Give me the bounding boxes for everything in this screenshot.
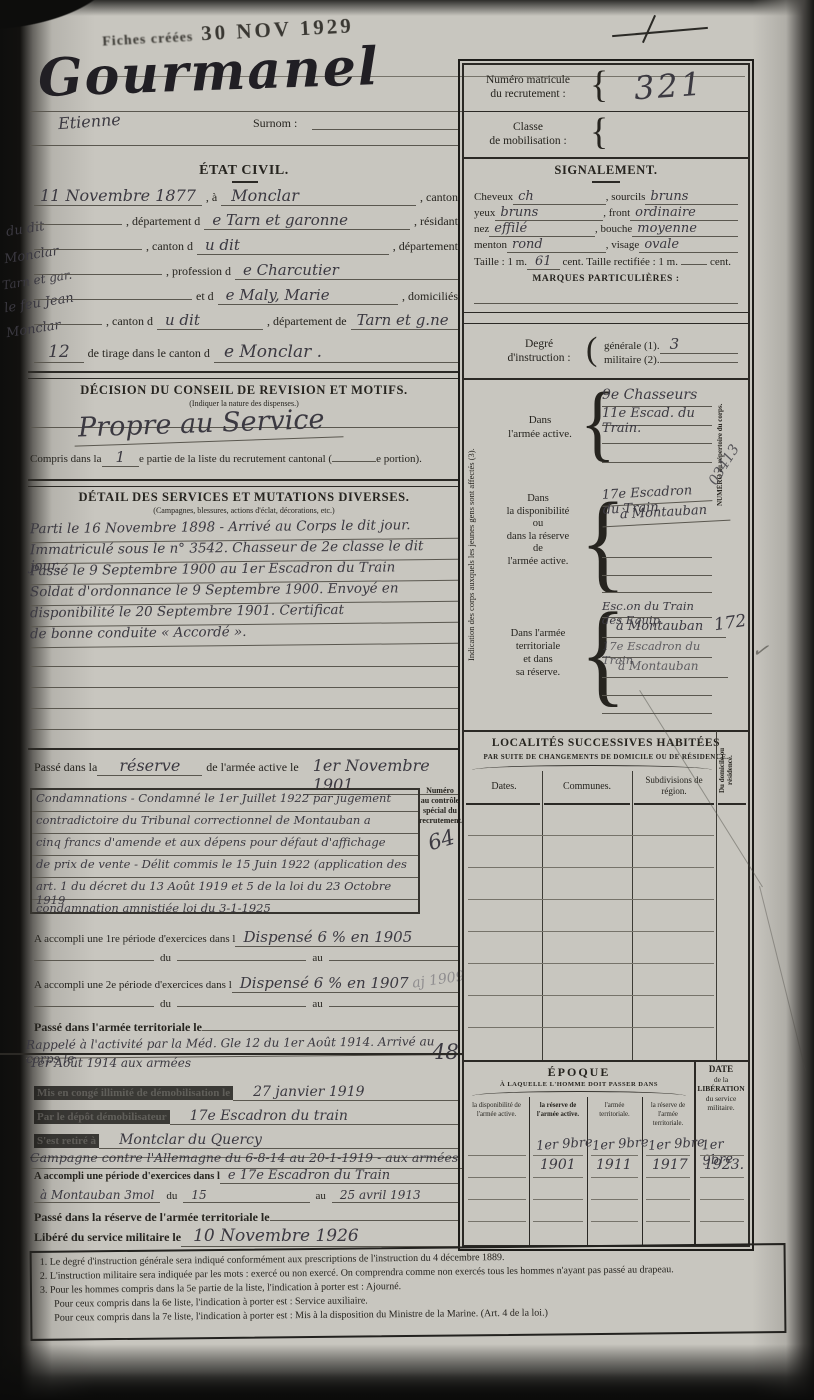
ruled-line <box>474 303 738 304</box>
active-corps-line: 11e Escad. du Train. <box>602 406 712 426</box>
etat-civil-title: ÉTAT CIVIL. <box>30 163 458 179</box>
label: Passé dans la réserve de l'armée territo… <box>34 1210 270 1225</box>
epoque-col4-header: la réserve de l'armée territoriale. <box>644 1101 692 1128</box>
table-row-line <box>468 1027 714 1028</box>
label: , département <box>389 239 458 254</box>
periode1-dates-row: du au <box>34 952 458 972</box>
epoque-col3-header: l'armée territoriale. <box>589 1101 640 1119</box>
yeux-value: bruns <box>495 205 603 221</box>
active-corps-line: 9e Chasseurs <box>602 387 712 407</box>
condamnation-line: art. 1 du décret du 13 Août 1919 et 5 de… <box>32 878 418 900</box>
table-vline <box>632 771 633 1060</box>
brace-rule <box>472 765 712 770</box>
label: , canton <box>416 190 458 205</box>
label: , département de <box>263 314 351 329</box>
ruled-line <box>602 443 712 444</box>
family-name: Gourmanel <box>37 36 381 109</box>
department: e Tarn et garonne <box>204 211 410 230</box>
brace: { <box>590 63 608 107</box>
margin-number-48: 48 <box>432 1040 459 1064</box>
condamnation-line: condamnation amnistiée loi du 3-1-1925 <box>32 900 418 919</box>
terr-corps-line: Esc.on du Train des Equip. <box>602 599 712 618</box>
localites-side-label: Du domicile ou résidence. <box>718 737 744 803</box>
table-vline <box>642 1097 643 1245</box>
label: et dans <box>494 653 582 666</box>
epoque-row-line <box>468 1199 526 1200</box>
label: du <box>160 1190 183 1202</box>
decision-title: DÉCISION DU CONSEIL DE REVISION ET MOTIF… <box>30 383 458 398</box>
epoque-date-header: DATE de la LIBÉRATION du service militai… <box>694 1065 748 1113</box>
marques-label: MARQUES PARTICULIÈRES : <box>464 274 748 284</box>
label: dans la réserve <box>494 531 582 544</box>
table-vline <box>716 731 717 1060</box>
condamnation-line: Condamnations - Condamné le 1er Juillet … <box>32 790 418 812</box>
label: militaire. <box>694 1103 748 1113</box>
heavy-rule <box>0 1053 462 1055</box>
epoque-row-line <box>533 1177 583 1178</box>
page-bottom-shadow <box>0 1344 814 1400</box>
label: au <box>306 998 328 1010</box>
retire-label-stamped: S'est retiré à <box>34 1134 99 1148</box>
pencil-checkmark: ✓ <box>750 637 770 663</box>
table-row-line <box>468 963 714 964</box>
epoque-row-line <box>646 1199 690 1200</box>
brace-rule <box>472 1091 686 1096</box>
periode-lieu: à Montauban 3mol <box>34 1188 160 1203</box>
terr-corps-number: 172 <box>713 611 748 635</box>
canton: u dit <box>157 311 263 330</box>
signalement-title: SIGNALEMENT. <box>464 163 748 178</box>
date-du: 15 <box>183 1188 309 1203</box>
depot-label-stamped: Par le dépôt démobilisateur <box>34 1110 170 1124</box>
label: LIBÉRATION <box>694 1084 748 1094</box>
label: du <box>154 952 177 964</box>
label: Passé dans la <box>34 760 97 775</box>
blank-line <box>34 224 122 225</box>
disponibilite-label: Dans la disponibilité ou dans la réserve… <box>494 493 582 568</box>
label: cent. <box>707 256 731 268</box>
label: la disponibilité <box>494 506 582 519</box>
blank-line <box>270 1220 458 1221</box>
label: , bouche <box>595 223 632 235</box>
footnotes-box: 1. Le degré d'instruction générale sera … <box>30 1243 787 1341</box>
etat-civil-row: , canton d u dit , département <box>34 236 458 260</box>
armee-active-label: Dans l'armée active. <box>498 413 582 441</box>
blank-line <box>34 324 102 325</box>
label: spécial du <box>419 806 461 816</box>
degre-generale-row: générale (1). 3 <box>604 335 738 351</box>
depot-value: 17e Escadron du train <box>170 1108 458 1125</box>
periode1-value: Dispensé 6 % en 1905 <box>235 928 458 947</box>
epoque-row-line <box>591 1199 638 1200</box>
label: générale (1). <box>604 340 660 352</box>
label: de tirage dans le canton d <box>84 346 214 361</box>
epoque-year: 1917 <box>652 1157 688 1173</box>
birth-place: Monclar <box>221 186 416 206</box>
label: sa réserve. <box>494 666 582 679</box>
ruled-line <box>30 687 458 688</box>
table-row-line <box>468 835 714 836</box>
label: Libéré du service militaire le <box>34 1230 181 1245</box>
localites-col-dates: Dates. <box>466 781 542 792</box>
label: ou <box>494 518 582 531</box>
table-row-line <box>468 995 714 996</box>
label: au <box>310 1190 332 1202</box>
blank-line <box>34 249 142 250</box>
depot-row: Par le dépôt démobilisateur 17e Escadron… <box>34 1108 458 1132</box>
label: , domiciliés <box>398 289 458 304</box>
label: Numéro <box>419 786 461 796</box>
label: , profession d <box>162 264 235 279</box>
label: DATE <box>694 1065 748 1075</box>
blank-line <box>202 1030 458 1031</box>
ruled-line <box>30 145 458 146</box>
department: Tarn et g.ne <box>351 311 458 330</box>
classe-label: Classe de mobilisation : <box>470 120 586 148</box>
epoque-row-line <box>591 1221 638 1222</box>
brace: ( <box>586 331 597 369</box>
label: au <box>306 952 328 964</box>
section-divider <box>464 312 748 316</box>
epoque-row-line <box>591 1155 638 1156</box>
periode1-row: A accompli une 1re période d'exercices d… <box>34 928 458 952</box>
label: , canton d <box>102 314 157 329</box>
passe-reserve-row: Passé dans la réserve de l'armée active … <box>34 756 458 780</box>
ruled-line <box>602 575 712 576</box>
ruled-line <box>30 729 458 730</box>
demob-date: 27 janvier 1919 <box>233 1084 458 1101</box>
label: Dans <box>498 413 582 427</box>
periode-exercices-row: A accompli une période d'exercices dans … <box>34 1168 458 1188</box>
label: Passé dans l'armée territoriale le <box>34 1020 202 1035</box>
nez-value: effilé <box>489 221 595 237</box>
sourcils-value: bruns <box>645 189 738 205</box>
epoque-title: ÉPOQUE <box>464 1065 694 1080</box>
table-row-line <box>468 899 714 900</box>
epoque-row-line <box>700 1177 744 1178</box>
tirage-row: 12 de tirage dans le canton d e Monclar … <box>34 342 458 368</box>
section-divider <box>464 323 748 327</box>
epoque-row-line <box>468 1177 526 1178</box>
blank-line <box>34 960 154 961</box>
label: , canton d <box>142 239 197 254</box>
matricule-row: Numéro matricule du recrutement : { 321 <box>464 65 748 112</box>
etat-civil-row: , département d e Tarn et garonne , rési… <box>34 211 458 235</box>
ruled-line <box>602 695 712 696</box>
section-divider <box>28 479 458 487</box>
signalement-row: Cheveux ch , sourcils bruns <box>474 189 738 205</box>
liberation-date: 10 Novembre 1926 <box>181 1226 458 1247</box>
blank-line <box>681 264 707 265</box>
title-rule <box>232 181 258 183</box>
blank-line <box>329 1006 458 1007</box>
etat-civil-row: , canton d u dit , département de Tarn e… <box>34 311 458 335</box>
epoque-col2-header: la réserve de l'armée active. <box>531 1101 585 1119</box>
label: e portion). <box>376 453 422 465</box>
taille-value: 61 <box>527 254 560 270</box>
ruled-line <box>602 557 712 558</box>
epoque-row-line <box>646 1221 690 1222</box>
canton: u dit <box>197 236 389 255</box>
table-vline <box>587 1097 588 1245</box>
cheveux-value: ch <box>513 189 606 205</box>
matricule-value: 321 <box>633 65 706 108</box>
label: yeux <box>474 207 495 219</box>
label: Dans l'armée <box>494 627 582 640</box>
epoque-row-line <box>646 1155 690 1156</box>
label: l'armée active. <box>494 556 582 569</box>
ruled-line <box>312 129 458 130</box>
degre-generale-value: 3 <box>660 335 738 354</box>
table-row-line <box>468 867 714 868</box>
label: de l'armée active le <box>202 760 302 775</box>
etat-civil-row: et d e Maly, Marie , domiciliés <box>34 286 458 310</box>
date-au: 25 avril 1913 <box>332 1188 458 1203</box>
localites-title: LOCALITÉS SUCCESSIVES HABITÉES <box>464 737 748 749</box>
epoque-row-line <box>468 1221 526 1222</box>
label: du recrutement : <box>470 87 586 101</box>
degre-label: Degré d'instruction : <box>494 337 584 365</box>
label: recrutement. <box>419 816 461 826</box>
blank-line <box>329 960 458 961</box>
right-column-frame: Numéro matricule du recrutement : { 321 … <box>462 63 750 1247</box>
reserve-value: réserve <box>97 756 202 776</box>
birth-date: 11 Novembre 1877 <box>34 186 202 206</box>
ruled-line <box>30 666 458 667</box>
condamnation-box: Condamnations - Condamné le 1er Juillet … <box>30 788 420 914</box>
ruled-line <box>602 462 712 463</box>
menton-value: rond <box>507 237 606 253</box>
blank-line <box>332 461 376 462</box>
label: A accompli une période d'exercices dans … <box>34 1171 220 1182</box>
etat-civil-row: 11 Novembre 1877 , à Monclar , canton <box>34 186 458 210</box>
blank-line <box>34 299 192 300</box>
signalement-row: menton rond , visage ovale <box>474 237 738 253</box>
epoque-top-rule <box>464 1060 748 1062</box>
label: Compris dans la <box>30 453 102 465</box>
header-heavy-rule <box>466 803 540 805</box>
tirage-number: 12 <box>34 342 84 363</box>
blank-line <box>34 274 162 275</box>
label: A accompli une 2e période d'exercices da… <box>34 979 232 991</box>
blank-line <box>177 960 306 961</box>
matricule-label: Numéro matricule du recrutement : <box>470 73 586 101</box>
label: cent. Taille rectifiée : 1 m. <box>560 256 681 268</box>
label: , front <box>603 207 630 219</box>
epoque-row-line <box>646 1177 690 1178</box>
epoque-row-line <box>533 1199 583 1200</box>
compris-row: Compris dans la 1 e partie de la liste d… <box>30 448 458 470</box>
surname-label: Surnom : <box>253 116 297 131</box>
periode2-row: A accompli une 2e période d'exercices da… <box>34 974 458 998</box>
label: de mobilisation : <box>470 134 586 148</box>
label: menton <box>474 239 507 251</box>
section-divider <box>28 371 458 379</box>
label: , visage <box>606 239 640 251</box>
header-heavy-rule <box>718 803 746 805</box>
label: de <box>494 543 582 556</box>
label: Dans <box>494 493 582 506</box>
terr-corps-line: à Montauban <box>602 619 726 638</box>
blank-line <box>34 1006 154 1007</box>
localites-subtitle: PAR SUITE DE CHANGEMENTS DE DOMICILE OU … <box>464 753 748 761</box>
periode-exercices-dates: à Montauban 3mol du 15 au 25 avril 1913 <box>34 1188 458 1208</box>
classe-row: Classe de mobilisation : { <box>464 112 748 159</box>
demob-label-stamped: Mis en congé illimité de démobilisation … <box>34 1086 233 1100</box>
label: , résidant <box>410 214 458 229</box>
epoque-row-line <box>700 1199 744 1200</box>
title-rule <box>592 181 620 183</box>
label: de la <box>694 1075 748 1085</box>
label: A accompli une 1re période d'exercices d… <box>34 933 235 945</box>
label: Numéro matricule <box>470 73 586 87</box>
table-row-line <box>468 931 714 932</box>
epoque-row-line <box>591 1177 638 1178</box>
label: , département d <box>122 214 204 229</box>
table-vline <box>529 1097 530 1245</box>
libere-row: Libéré du service militaire le 10 Novemb… <box>34 1226 458 1248</box>
service-line: de bonne conduite « Accordé ». <box>30 622 458 648</box>
brace: { <box>590 110 608 154</box>
header-heavy-rule <box>634 803 714 805</box>
ruled-line <box>602 713 712 714</box>
epoque-year: 1911 <box>596 1157 632 1173</box>
epoque-year: 1923. <box>704 1157 744 1173</box>
etat-civil-row: , profession d e Charcutier <box>34 261 458 285</box>
condamnation-line: contradictoire du Tribunal correctionnel… <box>32 812 418 834</box>
localites-col-communes: Communes. <box>542 781 632 792</box>
label: territoriale <box>494 640 582 653</box>
condamnation-line: cinq francs d'amende et aux dépens pour … <box>32 834 418 856</box>
epoque-row-line <box>700 1221 744 1222</box>
epoque-value: 1er 9bre <box>592 1135 650 1154</box>
taille-row: Taille : 1 m. 61 cent. Taille rectifiée … <box>474 254 738 270</box>
controle-special-label: Numéro au contrôle spécial du recrutemen… <box>419 786 461 826</box>
detail-title: DÉTAIL DES SERVICES ET MUTATIONS DIVERSE… <box>30 490 458 505</box>
demob-row: Mis en congé illimité de démobilisation … <box>34 1084 458 1108</box>
condamnation-line: de prix de vente - Délit commis le 15 Ju… <box>32 856 418 878</box>
epoque-year: 1901 <box>540 1157 576 1173</box>
epoque-row-line <box>533 1155 583 1156</box>
territoriale-label: Dans l'armée territoriale et dans sa rés… <box>494 627 582 679</box>
label: Cheveux <box>474 191 513 203</box>
profession: e Charcutier <box>235 261 458 280</box>
table-vline <box>694 1062 696 1245</box>
periode2-dates-row: du au <box>34 998 458 1018</box>
register-page-scan: Fiches créées 30 NOV 1929 Gourmanel Etie… <box>0 0 814 1400</box>
label: nez <box>474 223 489 235</box>
epoque-row-line <box>700 1155 744 1156</box>
label: , sourcils <box>606 191 646 203</box>
retire-value: Montclar du Quercy <box>99 1132 458 1149</box>
blank-line <box>660 362 738 363</box>
terr-corps-line: 17e Escadron du Train <box>602 639 712 658</box>
epoque-row-line <box>468 1155 526 1156</box>
blank-line <box>177 1006 306 1007</box>
label: du service <box>694 1094 748 1104</box>
table-vline <box>542 771 543 1060</box>
label: au contrôle <box>419 796 461 806</box>
label: l'armée active. <box>498 427 582 441</box>
periode-corps: e 17e Escadron du Train <box>220 1168 458 1184</box>
rappel-line: 1er Août 1914 aux armées <box>30 1056 330 1076</box>
label: et d <box>192 289 218 304</box>
section-divider <box>464 730 748 735</box>
ruled-line <box>30 708 458 709</box>
epoque-subtitle: À LAQUELLE L'HOMME DOIT PASSER DANS <box>464 1081 694 1088</box>
liste-partie: 1 <box>102 448 140 467</box>
corps-side-label: Indication des corps auxquels les jeunes… <box>466 383 492 727</box>
label: militaire (2). <box>604 354 660 366</box>
detail-subtitle: (Campagnes, blessures, actions d'éclat, … <box>30 506 458 515</box>
tirage-canton: e Monclar . <box>214 342 458 363</box>
signalement-row: yeux bruns , front ordinaire <box>474 205 738 221</box>
header-heavy-rule <box>544 803 630 805</box>
epoque-value: 1er 9bre <box>536 1135 594 1154</box>
visage-value: ovale <box>639 237 738 253</box>
degre-militaire-row: militaire (2). <box>604 354 738 370</box>
bouche-value: moyenne <box>632 221 738 237</box>
section-divider <box>28 748 458 754</box>
terr-corps-line: à Montauban <box>602 659 728 678</box>
mother-name: e Maly, Marie <box>218 286 398 305</box>
epoque-value: 1er 9bre <box>648 1135 706 1154</box>
label: , à <box>202 190 221 205</box>
campagne-line: Campagne contre l'Allemagne du 6-8-14 au… <box>30 1150 462 1169</box>
label: Degré <box>494 337 584 351</box>
label: du <box>154 998 177 1010</box>
signalement-row: nez effilé , bouche moyenne <box>474 221 738 237</box>
epoque-col1-header: la disponibilité de l'armée active. <box>466 1101 527 1119</box>
front-value: ordinaire <box>630 205 738 221</box>
label: e partie de la liste du recrutement cant… <box>139 453 332 465</box>
label: Classe <box>470 120 586 134</box>
label: d'instruction : <box>494 351 584 365</box>
epoque-row-line <box>533 1221 583 1222</box>
label: Taille : 1 m. <box>474 256 527 268</box>
